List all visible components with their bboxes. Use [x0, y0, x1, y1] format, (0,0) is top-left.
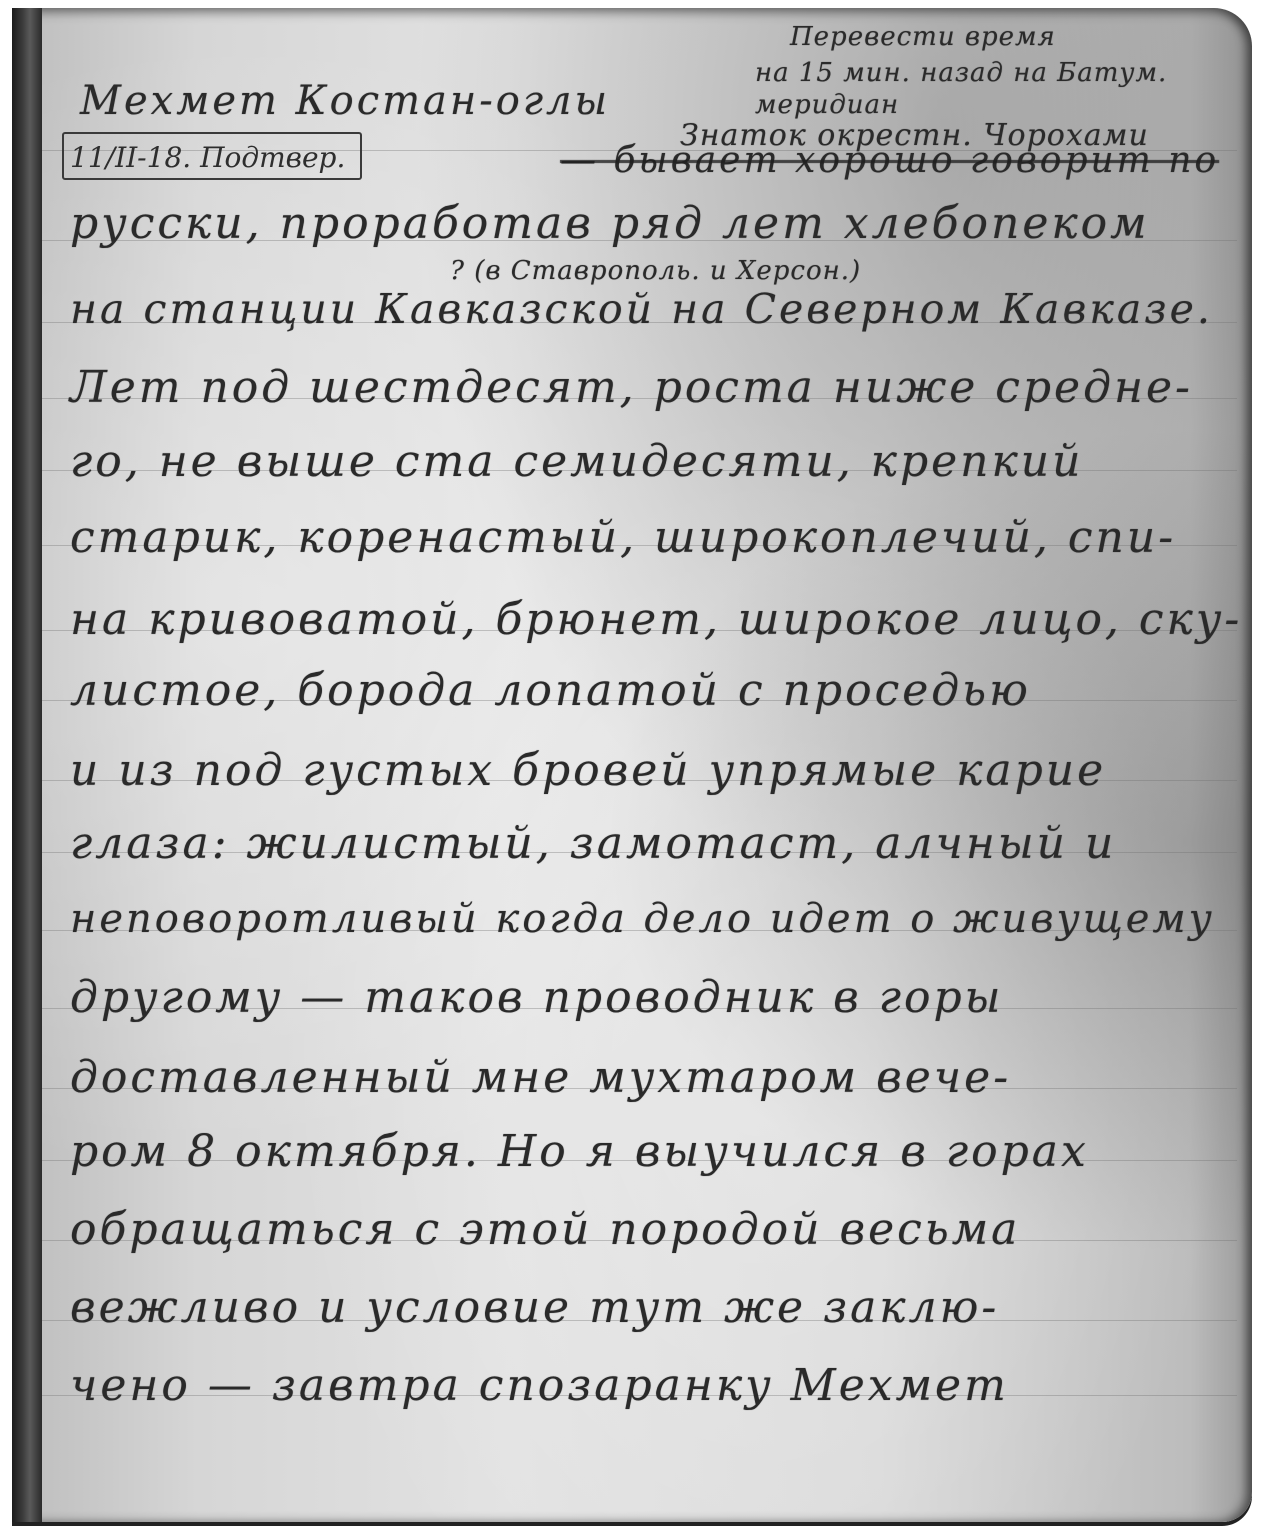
text-line: и из под густых бровей упрямые карие: [70, 745, 1106, 796]
text-line: листое, борода лопатой с проседью: [70, 665, 1031, 716]
notebook-binding: [12, 8, 42, 1522]
text-line: доставленный мне мухтаром вече-: [70, 1052, 1011, 1103]
text-line: на станции Кавказской на Северном Кавказ…: [70, 285, 1213, 333]
margin-note-line: меридиан: [755, 90, 899, 120]
text-line: обращаться с этой породой весьма: [70, 1204, 1020, 1255]
text-line: ром 8 октября. Но я выучился в горах: [70, 1126, 1089, 1177]
margin-note-line: на 15 мин. назад на Батум.: [755, 58, 1167, 88]
text-line: неповоротливый когда дело идет о живущем…: [70, 896, 1215, 942]
text-line: старик, коренастый, широкоплечий, спи-: [70, 512, 1176, 563]
interlinear-note: ? (в Ставрополь. и Херсон.): [450, 256, 861, 286]
text-line: русски, проработав ряд лет хлебопеком: [70, 198, 1150, 249]
date-box: 11/II-18. Подтвер.: [62, 132, 362, 180]
text-line: чено — завтра спозаранку Мехмет: [70, 1360, 1009, 1411]
text-line: вежливо и условие тут же заклю-: [70, 1282, 999, 1333]
text-line: глаза: жилистый, замотаст, алчный и: [70, 818, 1116, 869]
text-line: на кривоватой, брюнет, широкое лицо, ску…: [70, 594, 1242, 645]
text-line: другому — таков проводник в горы: [70, 972, 1003, 1023]
heading-name: Мехмет Костан-оглы: [80, 78, 610, 124]
text-line: го, не выше ста семидесяти, крепкий: [70, 436, 1083, 487]
margin-note-line: Перевести время: [790, 22, 1056, 52]
text-line: — бывает хорошо говорит по: [560, 140, 1219, 181]
text-line: Лет под шестдесят, роста ниже средне-: [70, 362, 1193, 413]
